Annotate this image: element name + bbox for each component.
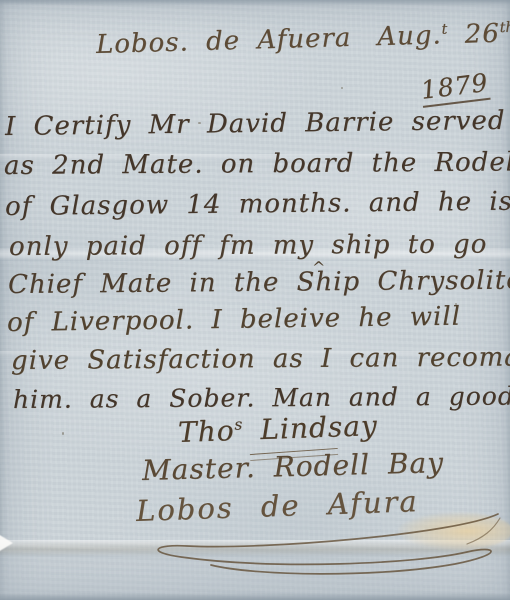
dateline-month-superscript: t	[441, 22, 447, 38]
paper-edge-bottom	[0, 593, 510, 600]
body-line: of Glasgow 14 months. and he is now	[5, 186, 510, 222]
body-line: as 2nd Mate. on board the Rodell Bay	[4, 147, 510, 181]
signature-name-rest: Lindsay	[242, 409, 378, 447]
dateline-month: Aug.	[377, 20, 442, 52]
body-line: I Certify Mr David Barrie served	[5, 106, 506, 142]
paper-edge-top	[0, 0, 510, 6]
dateline-year: 1879	[419, 68, 490, 105]
paper-notch	[0, 534, 13, 552]
insertion-caret: ^	[312, 258, 325, 277]
body-line: Chief Mate in the Ship Chrysolite	[8, 266, 510, 300]
dateline-place: Lobos. de Afuera	[96, 23, 352, 60]
paper-speck	[62, 432, 64, 435]
body-line: him. as a Sober. Man and a good officer	[13, 381, 510, 414]
signature-name-pre: Tho	[177, 414, 235, 449]
signature-title-line: Master. Rodell Bay	[142, 446, 445, 487]
paper-speck	[341, 87, 343, 89]
signature-name: Thos Lindsay	[177, 409, 378, 449]
signature-flourish	[115, 508, 510, 586]
dateline: Lobos. de AfueraAug.t 26th	[96, 18, 510, 60]
letter-page: Lobos. de AfueraAug.t 26th 1879 I Certif…	[0, 0, 510, 600]
body-line: only paid off fm my ship to go	[9, 229, 487, 262]
body-line: of Liverpool. I beleive he will	[7, 302, 461, 338]
dateline-day-superscript: th	[499, 20, 510, 36]
body-line: give Satisfaction as I can recomand	[11, 342, 510, 376]
dateline-day: 26	[464, 19, 500, 50]
dateline-gap	[352, 45, 378, 46]
year-underlined: 1879	[419, 68, 490, 108]
